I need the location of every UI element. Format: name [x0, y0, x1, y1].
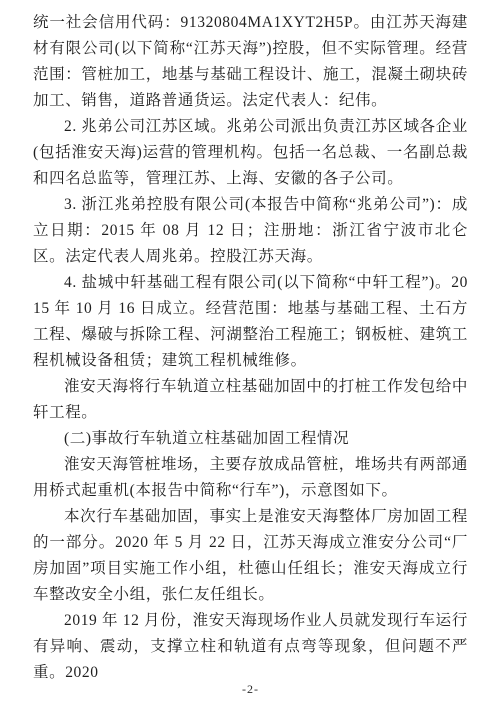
paragraph-issue-discovery: 2019 年 12 月份，淮安天海现场作业人员就发现行车运行有异响、震动，支撑立…	[33, 608, 468, 686]
paragraph-item-4: 4. 盐城中轩基础工程有限公司(以下简称“中轩工程”)。2015 年 10 月 …	[33, 270, 468, 374]
paragraph-yard-overview: 淮安天海管桩堆场，主要存放成品管桩，堆场共有两部通用桥式起重机(本报告中简称“行…	[33, 452, 468, 504]
paragraph-reinforcement-project: 本次行车基础加固，事实上是淮安天海整体厂房加固工程的一部分。2020 年 5 月…	[33, 504, 468, 608]
paragraph-item-2: 2. 兆弟公司江苏区域。兆弟公司派出负责江苏区域各企业(包括淮安天海)运营的管理…	[33, 114, 468, 192]
document-page: 统一社会信用代码：91320804MA1XYT2H5P。由江苏天海建材有限公司(…	[0, 0, 501, 705]
paragraph-item-3: 3. 浙江兆弟控股有限公司(本报告中简称“兆弟公司”)：成立日期：2015 年 …	[33, 192, 468, 270]
section-heading: (二)事故行车轨道立柱基础加固工程情况	[33, 426, 468, 452]
document-body: 统一社会信用代码：91320804MA1XYT2H5P。由江苏天海建材有限公司(…	[33, 10, 468, 686]
paragraph-continuation: 统一社会信用代码：91320804MA1XYT2H5P。由江苏天海建材有限公司(…	[33, 10, 468, 114]
paragraph-subcontract: 淮安天海将行车轨道立柱基础加固中的打桩工作发包给中轩工程。	[33, 374, 468, 426]
page-number: -2-	[0, 682, 501, 697]
